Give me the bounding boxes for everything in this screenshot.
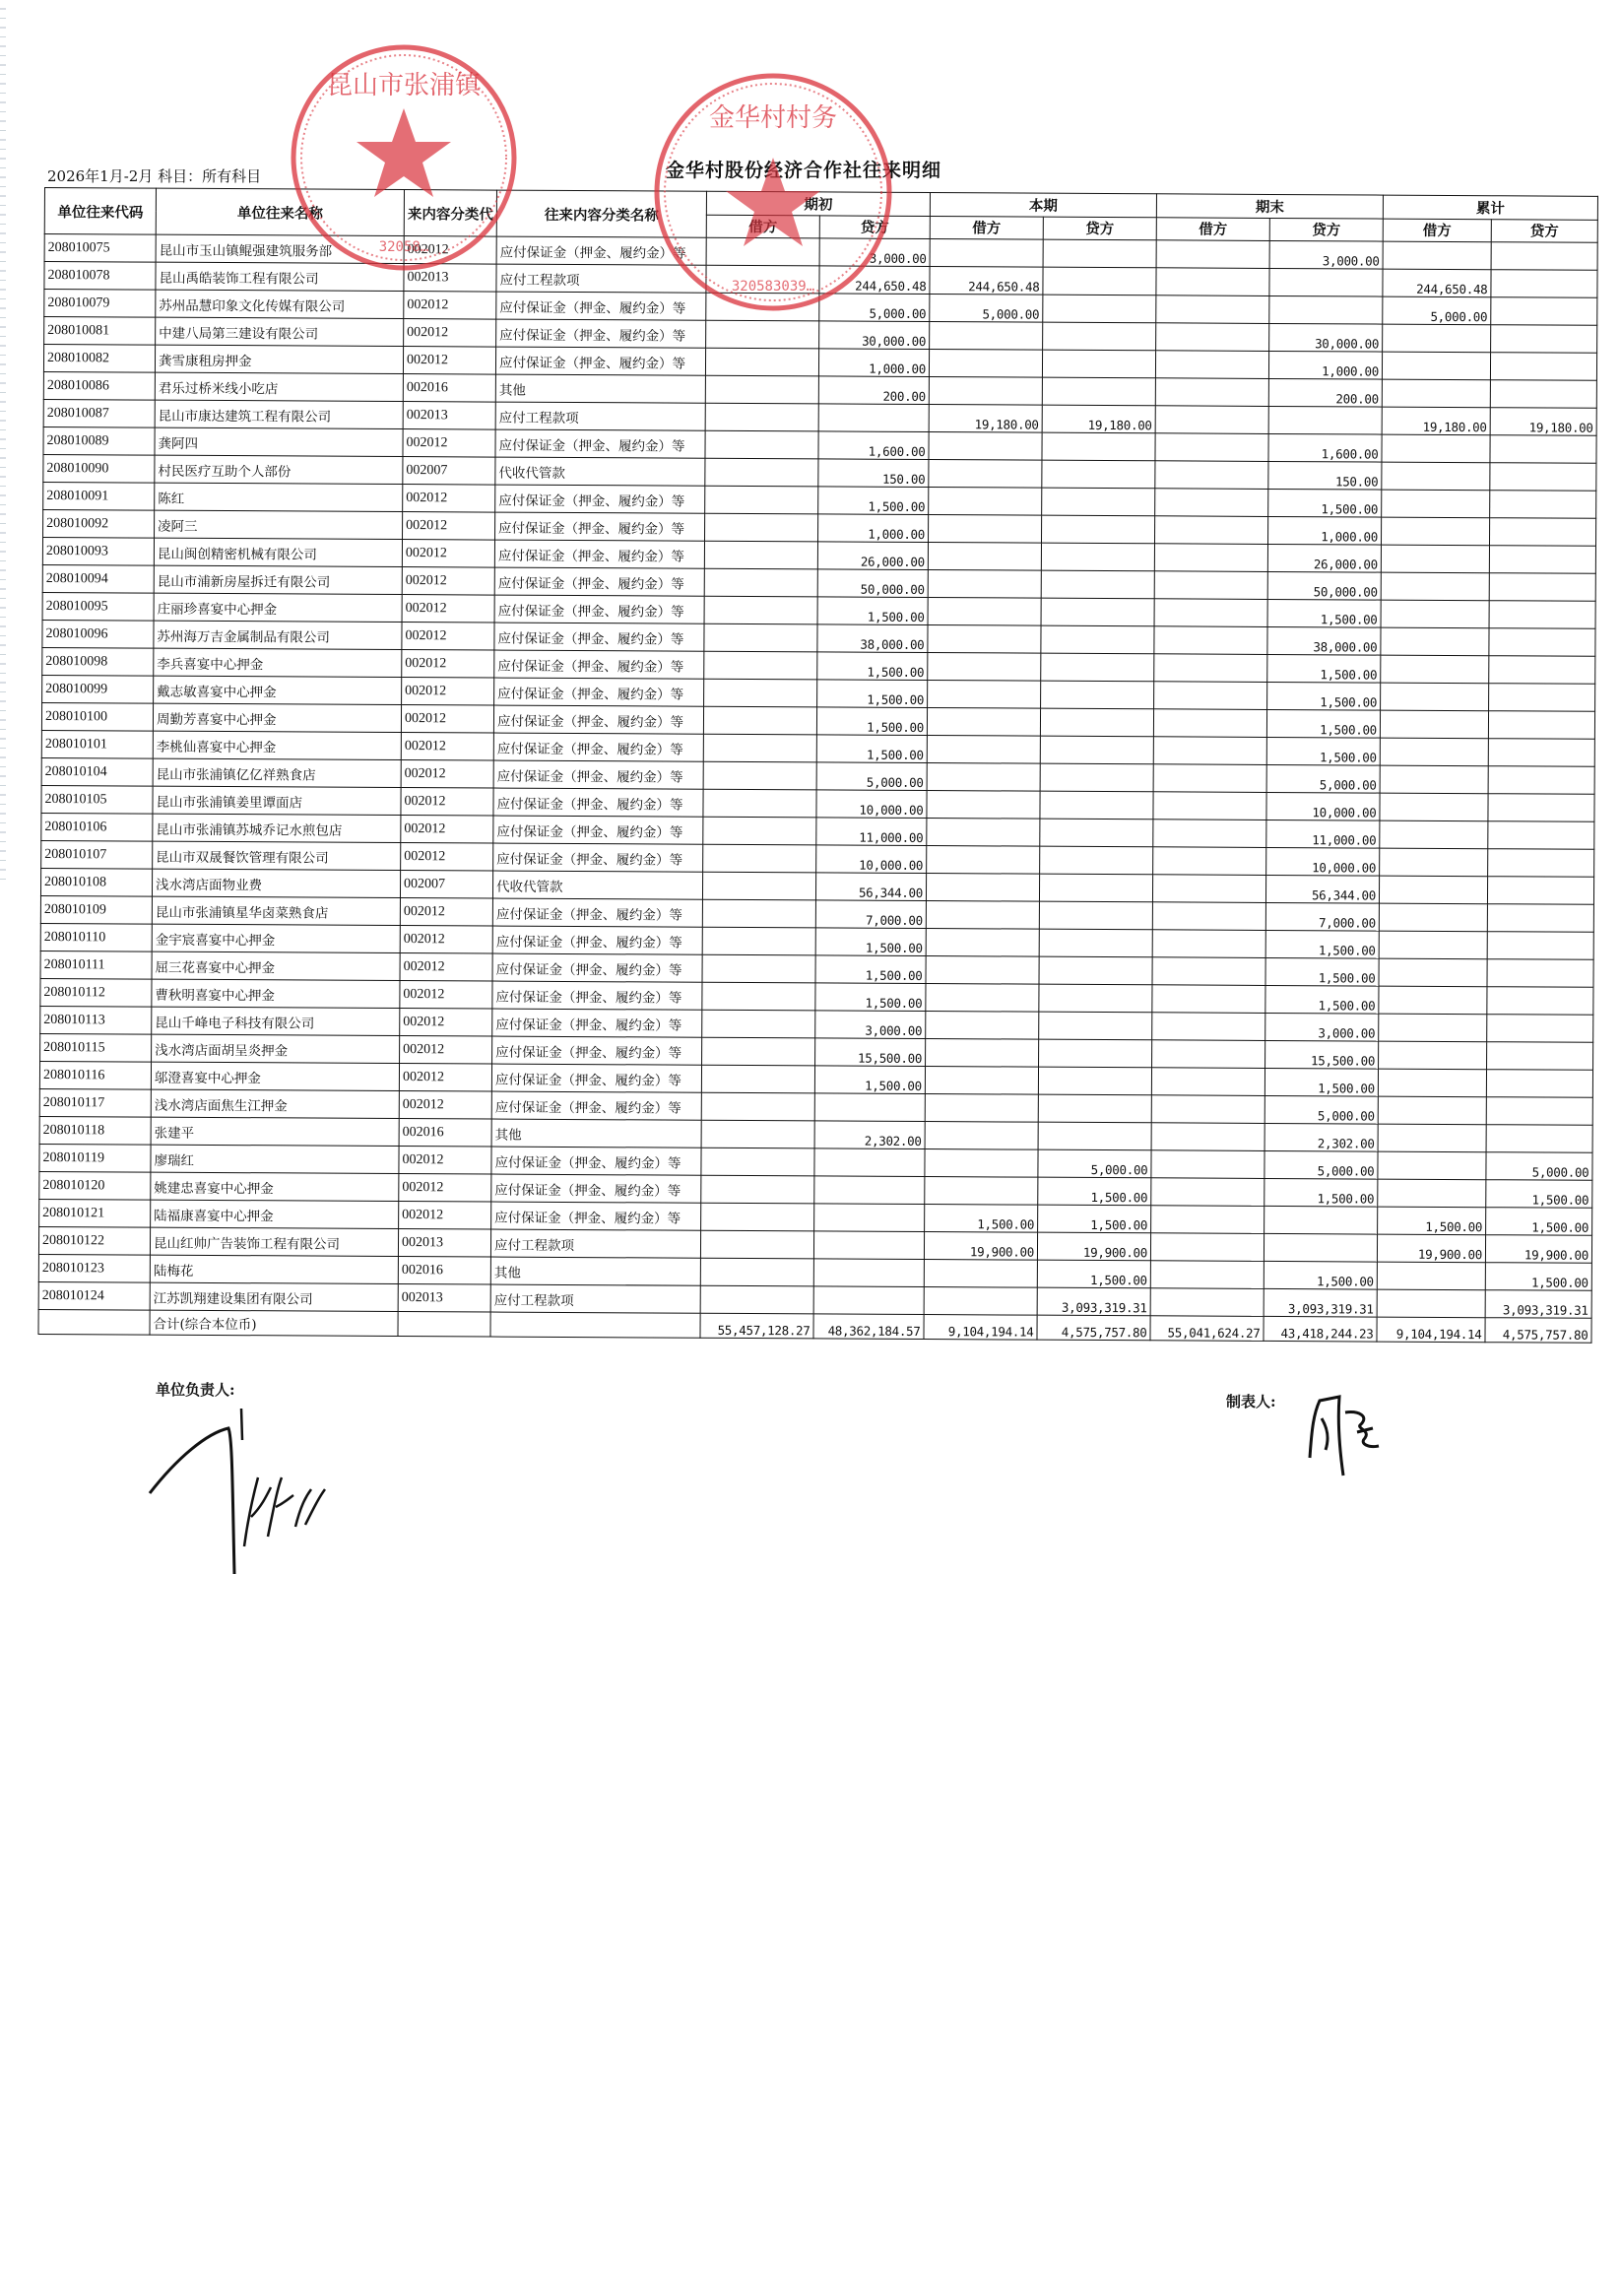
row-current-debit	[926, 956, 1039, 985]
row-closing-credit: 1,500.00	[1266, 737, 1380, 765]
row-name: 苏州品慧印象文化传媒有限公司	[156, 290, 404, 318]
row-current-debit	[927, 819, 1040, 847]
row-opening-credit: 1,600.00	[818, 431, 929, 460]
row-name: 昆山市康达建筑工程有限公司	[155, 400, 403, 428]
row-closing-debit	[1151, 1123, 1264, 1151]
row-cumulative-debit	[1379, 931, 1487, 959]
row-category-code: 002012	[401, 705, 493, 734]
row-closing-debit	[1154, 516, 1267, 545]
row-category-code: 002012	[402, 595, 494, 623]
row-closing-credit: 15,500.00	[1265, 1040, 1379, 1069]
row-closing-debit	[1155, 351, 1268, 379]
row-closing-credit: 10,000.00	[1266, 847, 1380, 876]
row-cumulative-credit	[1487, 877, 1593, 905]
row-opening-debit	[702, 899, 815, 928]
row-cumulative-credit	[1488, 766, 1594, 795]
row-opening-debit	[703, 734, 816, 762]
row-current-debit	[927, 763, 1040, 792]
row-category-name: 应付保证金（押金、履约金）等	[491, 1064, 701, 1092]
row-code: 208010087	[43, 399, 155, 427]
row-opening-credit: 1,500.00	[815, 983, 926, 1012]
row-cumulative-credit	[1486, 1070, 1592, 1098]
row-closing-credit: 1,600.00	[1268, 433, 1382, 462]
row-opening-debit	[704, 541, 817, 569]
row-opening-debit	[701, 1148, 814, 1176]
row-code: 208010101	[41, 730, 153, 758]
row-cumulative-credit	[1489, 518, 1595, 547]
row-category-code: 002013	[404, 264, 496, 293]
row-cumulative-credit	[1489, 684, 1595, 712]
row-category-name: 应付保证金（押金、履约金）等	[491, 1091, 701, 1120]
row-opening-credit: 244,650.48	[819, 266, 930, 295]
row-cumulative-debit	[1381, 545, 1489, 573]
row-closing-debit	[1155, 433, 1268, 462]
row-closing-debit	[1152, 875, 1265, 903]
row-cumulative-credit	[1486, 1097, 1592, 1126]
row-current-credit	[1038, 1122, 1151, 1150]
row-category-code: 002012	[399, 1091, 491, 1120]
row-closing-credit	[1264, 1233, 1377, 1262]
row-closing-debit	[1150, 1233, 1264, 1262]
row-category-name: 应付保证金（押金、履约金）等	[493, 733, 703, 761]
row-closing-credit	[1264, 1206, 1378, 1234]
total-cumulative-debit: 9,104,194.14	[1377, 1317, 1485, 1343]
row-name: 昆山禹皓装饰工程有限公司	[156, 262, 404, 291]
row-name: 凌阿三	[155, 510, 403, 539]
row-closing-debit	[1154, 654, 1267, 683]
row-code: 208010123	[38, 1254, 150, 1282]
row-cumulative-debit	[1379, 903, 1487, 932]
row-closing-credit: 3,093,319.31	[1264, 1288, 1377, 1317]
row-closing-debit	[1156, 295, 1269, 324]
row-category-code: 002007	[400, 871, 492, 899]
header-closing: 期末	[1156, 194, 1383, 219]
row-current-credit	[1041, 625, 1154, 654]
row-current-debit: 1,500.00	[925, 1205, 1038, 1233]
row-closing-debit	[1154, 682, 1267, 710]
row-cumulative-debit	[1382, 379, 1490, 408]
row-current-credit	[1040, 763, 1153, 792]
row-category-code: 002012	[404, 292, 496, 320]
row-cumulative-credit	[1487, 987, 1593, 1016]
row-code: 208010094	[42, 564, 154, 593]
row-name: 昆山千峰电子科技有限公司	[152, 1007, 400, 1035]
row-cumulative-debit	[1380, 793, 1488, 821]
row-opening-debit	[706, 265, 819, 294]
row-current-credit: 1,500.00	[1038, 1205, 1151, 1233]
row-category-code: 002012	[399, 1147, 491, 1175]
row-current-credit	[1040, 819, 1153, 847]
row-closing-credit: 5,000.00	[1266, 764, 1380, 793]
row-category-name: 应付保证金（押金、履约金）等	[492, 1036, 702, 1065]
header-opening-credit: 贷方	[819, 215, 930, 238]
row-name: 昆山闽创精密机械有限公司	[154, 538, 402, 566]
row-current-debit	[926, 1039, 1039, 1068]
row-closing-credit: 1,500.00	[1264, 1261, 1377, 1289]
row-cumulative-credit	[1487, 1015, 1593, 1043]
row-opening-debit	[702, 1010, 815, 1038]
row-cumulative-debit	[1381, 627, 1489, 656]
total-empty-cname	[490, 1312, 700, 1338]
row-cumulative-credit: 1,500.00	[1486, 1180, 1592, 1209]
row-opening-credit: 1,000.00	[818, 349, 929, 377]
row-code: 208010086	[43, 371, 155, 400]
row-cumulative-credit	[1490, 380, 1596, 409]
total-opening-credit: 48,362,184.57	[813, 1314, 924, 1340]
row-code: 208010117	[39, 1088, 151, 1117]
row-closing-credit: 1,500.00	[1268, 489, 1382, 517]
row-closing-debit	[1155, 489, 1268, 517]
row-opening-credit	[813, 1286, 924, 1315]
row-current-credit	[1043, 239, 1156, 268]
row-category-name: 应付保证金（押金、履约金）等	[491, 1202, 701, 1230]
row-category-name: 其他	[491, 1119, 701, 1148]
row-cumulative-credit	[1487, 904, 1593, 933]
row-closing-credit: 1,500.00	[1267, 654, 1381, 683]
row-code: 208010089	[43, 426, 155, 455]
row-name: 浅水湾店面胡呈炎押金	[152, 1034, 400, 1063]
ledger-body: 208010075昆山市玉山镇鲲强建筑服务部002012应付保证金（押金、履约金…	[38, 234, 1597, 1319]
header-current: 本期	[930, 193, 1156, 218]
row-opening-credit: 10,000.00	[816, 845, 927, 874]
row-closing-credit: 5,000.00	[1264, 1150, 1378, 1179]
row-closing-credit: 1,500.00	[1264, 1178, 1378, 1207]
row-opening-credit: 38,000.00	[817, 624, 928, 653]
header-cumulative-debit: 借方	[1383, 219, 1491, 242]
header-category-name: 往来内容分类名称	[496, 190, 706, 237]
row-current-debit: 19,900.00	[924, 1232, 1037, 1261]
row-cumulative-credit: 5,000.00	[1486, 1152, 1592, 1181]
row-category-code: 002012	[399, 1064, 491, 1092]
header-closing-debit: 借方	[1156, 217, 1269, 240]
row-closing-credit: 1,500.00	[1267, 599, 1381, 627]
row-cumulative-debit	[1377, 1262, 1485, 1290]
row-cumulative-credit	[1487, 932, 1593, 960]
row-cumulative-debit	[1380, 848, 1488, 877]
row-opening-credit: 1,500.00	[817, 652, 928, 681]
row-category-code: 002012	[403, 485, 495, 513]
row-opening-debit	[704, 679, 817, 707]
row-name: 昆山市张浦镇苏城乔记水煎包店	[153, 814, 401, 842]
row-cumulative-credit	[1491, 297, 1597, 326]
row-closing-debit	[1155, 406, 1268, 434]
row-closing-credit	[1269, 268, 1383, 296]
row-opening-credit: 3,000.00	[819, 238, 930, 267]
row-name: 李桃仙喜宴中心押金	[153, 731, 401, 759]
row-code: 208010121	[39, 1199, 151, 1227]
row-category-code: 002016	[399, 1119, 491, 1148]
row-category-name: 应付保证金（押金、履约金）等	[492, 981, 702, 1010]
row-current-debit	[925, 1067, 1038, 1095]
row-category-code: 002013	[398, 1229, 490, 1258]
row-cumulative-credit	[1490, 491, 1596, 519]
row-opening-credit: 11,000.00	[816, 818, 927, 846]
total-empty-code	[38, 1309, 150, 1335]
row-current-credit	[1043, 295, 1156, 323]
row-code: 208010104	[41, 757, 153, 786]
row-category-name: 应付保证金（押金、履约金）等	[493, 760, 703, 789]
row-cumulative-credit	[1486, 1125, 1592, 1153]
row-opening-debit	[702, 982, 815, 1011]
header-cumulative-credit: 贷方	[1491, 219, 1597, 242]
row-category-name: 应付工程款项	[490, 1229, 700, 1258]
row-name: 陈红	[155, 483, 403, 511]
row-code: 208010107	[41, 840, 153, 869]
row-cumulative-debit	[1378, 1069, 1486, 1097]
row-closing-credit: 10,000.00	[1266, 792, 1380, 820]
row-closing-debit	[1152, 930, 1265, 958]
row-name: 屈三花喜宴中心押金	[152, 951, 400, 980]
row-opening-credit: 15,500.00	[815, 1038, 926, 1067]
row-code: 208010091	[43, 482, 155, 510]
row-opening-debit	[702, 1037, 815, 1066]
row-cumulative-credit	[1489, 573, 1595, 602]
row-opening-credit: 2,302.00	[814, 1121, 925, 1149]
row-category-code: 002012	[400, 1009, 492, 1037]
header-category-code: 来内容分类代	[404, 190, 496, 237]
row-category-name: 应付保证金（押金、履约金）等	[493, 843, 703, 872]
row-category-name: 应付保证金（押金、履约金）等	[493, 705, 703, 734]
row-current-credit	[1040, 791, 1153, 820]
row-opening-debit	[704, 596, 817, 624]
row-opening-credit: 150.00	[818, 459, 929, 488]
row-cumulative-credit	[1488, 794, 1594, 822]
row-current-debit	[926, 901, 1039, 930]
row-closing-debit	[1151, 1095, 1264, 1124]
row-closing-credit: 1,500.00	[1265, 985, 1379, 1014]
row-current-credit: 1,500.00	[1038, 1177, 1151, 1206]
row-current-credit	[1041, 681, 1154, 709]
row-current-credit	[1041, 543, 1154, 571]
row-closing-debit	[1152, 1040, 1265, 1069]
document-title: 金华村股份经济合作社往来明细	[666, 156, 941, 182]
row-opening-credit: 1,500.00	[817, 680, 928, 708]
row-name: 昆山市张浦镇星华卤菜熟食店	[152, 896, 400, 925]
period-subject: 2026年1月-2月 科目：所有科目	[47, 165, 261, 186]
row-code: 208010090	[43, 454, 155, 483]
row-current-credit	[1041, 515, 1154, 544]
row-code: 208010113	[40, 1006, 152, 1034]
row-category-name: 应付保证金（押金、履约金）等	[491, 1147, 701, 1175]
row-cumulative-credit	[1491, 242, 1597, 271]
row-cumulative-debit: 19,180.00	[1382, 407, 1490, 435]
row-opening-debit	[701, 1092, 814, 1121]
row-closing-credit: 1,500.00	[1267, 682, 1381, 710]
row-category-code: 002013	[403, 402, 495, 430]
row-code: 208010075	[44, 234, 156, 263]
preparer-signature	[1300, 1389, 1408, 1477]
row-cumulative-debit	[1379, 1014, 1487, 1042]
row-cumulative-debit	[1379, 876, 1487, 904]
row-cumulative-debit: 244,650.48	[1383, 269, 1491, 297]
row-opening-debit	[702, 927, 815, 955]
row-opening-debit	[705, 486, 818, 514]
row-cumulative-debit	[1377, 1289, 1485, 1318]
row-opening-credit: 7,000.00	[815, 900, 926, 929]
row-closing-debit	[1154, 544, 1267, 572]
row-cumulative-credit	[1491, 325, 1597, 354]
row-name: 李兵喜宴中心押金	[154, 648, 402, 677]
row-opening-credit: 26,000.00	[817, 542, 928, 570]
total-opening-debit: 55,457,128.27	[700, 1313, 813, 1339]
row-closing-credit: 7,000.00	[1265, 902, 1379, 931]
row-code: 208010092	[43, 509, 155, 538]
row-code: 208010122	[38, 1226, 150, 1255]
row-closing-debit	[1153, 847, 1266, 876]
row-category-code: 002016	[398, 1257, 490, 1285]
total-empty-ccode	[398, 1312, 490, 1338]
row-category-code: 002013	[398, 1284, 490, 1313]
row-category-code: 002012	[404, 236, 496, 265]
row-code: 208010120	[39, 1171, 151, 1200]
row-code: 208010082	[43, 345, 155, 373]
row-closing-credit: 38,000.00	[1267, 626, 1381, 655]
row-code: 208010096	[42, 620, 154, 648]
row-cumulative-debit	[1382, 352, 1490, 380]
row-opening-debit	[705, 348, 818, 376]
row-opening-debit	[706, 293, 819, 321]
row-current-debit	[930, 239, 1043, 268]
row-code: 208010108	[40, 868, 152, 896]
row-category-code: 002012	[403, 429, 495, 458]
row-closing-credit: 30,000.00	[1269, 323, 1383, 352]
row-current-credit	[1038, 1067, 1151, 1095]
total-current-credit: 4,575,757.80	[1037, 1315, 1150, 1341]
row-cumulative-debit	[1382, 490, 1490, 518]
header-current-credit: 贷方	[1043, 217, 1156, 240]
row-current-credit	[1042, 488, 1155, 516]
row-cumulative-credit	[1488, 849, 1594, 878]
row-closing-credit: 1,500.00	[1265, 957, 1379, 986]
row-category-name: 应付保证金（押金、履约金）等	[494, 567, 704, 596]
row-category-name: 应付保证金（押金、履约金）等	[494, 540, 704, 568]
row-cumulative-credit	[1489, 601, 1595, 629]
total-current-debit: 9,104,194.14	[924, 1315, 1037, 1341]
row-cumulative-credit: 19,180.00	[1490, 408, 1596, 436]
total-closing-credit: 43,418,244.23	[1264, 1316, 1377, 1342]
row-cumulative-credit: 1,500.00	[1486, 1208, 1592, 1236]
row-opening-debit	[702, 872, 815, 900]
row-opening-debit	[705, 458, 818, 487]
row-current-debit	[926, 929, 1039, 957]
row-name: 金宇宸喜宴中心押金	[152, 924, 400, 952]
row-current-credit	[1039, 874, 1152, 902]
row-closing-debit	[1151, 1150, 1264, 1179]
row-code: 208010093	[42, 537, 154, 565]
row-cumulative-debit	[1378, 1096, 1486, 1125]
row-current-debit	[927, 736, 1040, 764]
row-opening-credit	[814, 1176, 925, 1205]
row-opening-debit	[706, 237, 819, 266]
row-opening-debit	[704, 651, 817, 680]
row-cumulative-debit	[1380, 710, 1488, 739]
row-name: 廖瑞红	[151, 1145, 399, 1173]
row-name: 浅水湾店面焦生江押金	[151, 1089, 399, 1118]
row-closing-credit: 1,500.00	[1265, 930, 1379, 958]
row-current-debit	[928, 653, 1041, 682]
row-current-debit	[924, 1287, 1037, 1316]
row-closing-credit: 50,000.00	[1267, 571, 1381, 600]
row-closing-debit	[1153, 820, 1266, 848]
scan-edge-artifact	[0, 0, 6, 886]
row-current-credit	[1041, 598, 1154, 626]
row-name: 昆山市张浦镇亿亿祥熟食店	[153, 758, 401, 787]
row-closing-debit	[1155, 461, 1268, 490]
svg-text:昆山市张浦镇: 昆山市张浦镇	[327, 71, 483, 100]
row-current-credit	[1042, 460, 1155, 489]
row-opening-credit	[814, 1148, 925, 1177]
row-name: 苏州海万吉金属制品有限公司	[154, 621, 402, 649]
row-category-code: 002012	[401, 760, 493, 789]
row-closing-credit: 56,344.00	[1265, 875, 1379, 903]
row-current-credit	[1039, 1039, 1152, 1068]
row-current-credit	[1039, 929, 1152, 957]
row-closing-credit: 1,000.00	[1267, 516, 1381, 545]
row-opening-debit	[705, 513, 818, 542]
row-category-name: 应付保证金（押金、履约金）等	[492, 898, 702, 927]
row-current-credit	[1040, 708, 1153, 737]
row-category-name: 应付保证金（押金、履约金）等	[495, 485, 705, 513]
row-current-debit	[926, 874, 1039, 902]
row-current-debit	[929, 377, 1042, 406]
row-opening-debit	[703, 844, 816, 873]
row-cumulative-debit: 5,000.00	[1383, 296, 1491, 325]
row-name: 姚建忠喜宴中心押金	[151, 1172, 399, 1201]
row-current-debit	[925, 1094, 1038, 1123]
row-current-credit	[1043, 322, 1156, 351]
row-category-code: 002012	[401, 843, 493, 872]
row-category-code: 002012	[402, 650, 494, 679]
row-name: 村民医疗互助个人部份	[155, 455, 403, 484]
row-closing-debit	[1152, 957, 1265, 986]
row-category-code: 002012	[401, 816, 493, 844]
row-opening-credit: 200.00	[818, 376, 929, 405]
row-opening-credit: 1,500.00	[815, 928, 926, 956]
ledger-table: 单位往来代码 单位往来名称 来内容分类代 往来内容分类名称 期初 本期 期末 累…	[37, 187, 1597, 1344]
row-category-name: 应付保证金（押金、履约金）等	[496, 292, 706, 320]
row-category-code: 002012	[399, 1202, 491, 1230]
row-current-credit: 3,093,319.31	[1037, 1287, 1150, 1316]
unit-head-label: 单位负责人:	[156, 1379, 235, 1400]
row-closing-debit	[1151, 1178, 1264, 1207]
row-opening-credit	[814, 1204, 925, 1232]
row-category-code: 002012	[401, 733, 493, 761]
row-closing-debit	[1152, 985, 1265, 1014]
preparer-label: 制表人:	[1226, 1391, 1276, 1411]
row-current-credit	[1038, 1094, 1151, 1123]
total-cumulative-credit: 4,575,757.80	[1485, 1318, 1591, 1344]
row-opening-credit: 1,500.00	[818, 487, 929, 515]
row-name: 戴志敏喜宴中心押金	[154, 676, 402, 704]
row-current-debit	[927, 791, 1040, 820]
row-opening-debit	[701, 1203, 814, 1231]
row-closing-debit	[1156, 240, 1269, 269]
row-opening-debit	[701, 1175, 814, 1204]
row-category-code: 002012	[400, 1036, 492, 1065]
row-code: 208010110	[40, 923, 152, 951]
row-current-debit	[929, 432, 1042, 461]
row-category-code: 002012	[402, 623, 494, 651]
row-name: 张建平	[151, 1117, 399, 1146]
row-current-credit: 1,500.00	[1037, 1260, 1150, 1288]
row-code: 208010124	[38, 1281, 150, 1310]
row-category-code: 002012	[400, 953, 492, 982]
row-category-code: 002012	[400, 926, 492, 954]
row-current-credit	[1039, 1012, 1152, 1040]
row-cumulative-credit: 19,900.00	[1485, 1235, 1591, 1264]
row-cumulative-debit	[1378, 1179, 1486, 1208]
row-cumulative-credit	[1487, 1042, 1593, 1071]
